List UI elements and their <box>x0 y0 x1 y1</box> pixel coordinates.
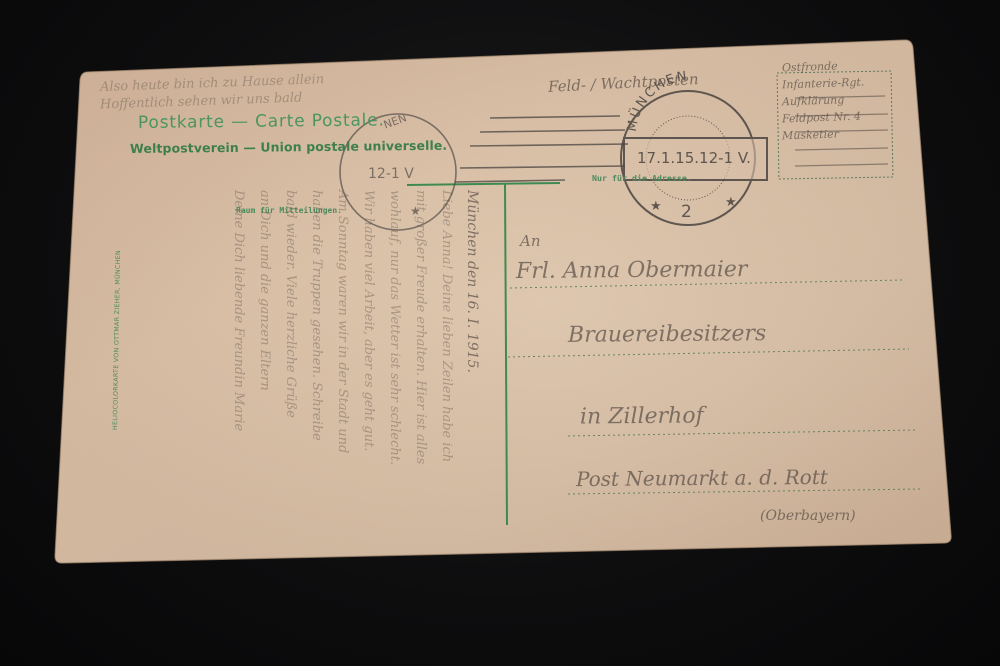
address-line-4: Post Neumarkt a. d. Rott <box>576 465 828 491</box>
svg-text:★: ★ <box>650 199 662 214</box>
card-title: Postkarte — Carte Postale. <box>138 110 385 133</box>
address-prefix: An <box>520 232 541 250</box>
address-area-label: Nur für die Adresse. <box>592 173 692 183</box>
message-line: Wir haben viel Arbeit, aber es geht gut. <box>361 190 376 451</box>
svg-text:2: 2 <box>681 202 692 222</box>
address-line-3: in Zillerhof <box>580 403 704 429</box>
address-line-2: Brauereibesitzers <box>568 321 766 348</box>
message-line: Liebe Anna! Deine lieben Zeilen habe ich <box>439 190 454 462</box>
address-line-1: Frl. Anna Obermaier <box>516 257 748 284</box>
message-line: mit großer Freude erhalten. Hier ist all… <box>413 190 428 464</box>
message-line: haben die Truppen gesehen. Schreibe <box>309 190 324 441</box>
svg-text:17.1.15.12-1 V.: 17.1.15.12-1 V. <box>637 149 751 167</box>
svg-text:★: ★ <box>725 195 737 210</box>
message-line: wohlauf, nur das Wetter ist sehr schlech… <box>387 190 402 465</box>
message-line: Am Sonntag waren wir in der Stadt und <box>335 190 350 453</box>
message-line: Deine Dich liebende Freundin Marie <box>231 190 246 431</box>
postcard: 17.1.15.12-1 V. 2 ★ ★ MÜNCHEN 12-1 V NEN… <box>0 0 1000 666</box>
message-line: bald wieder. Viele herzliche Grüße <box>283 190 298 418</box>
address-line-5: (Oberbayern) <box>760 508 856 524</box>
stamp-area-notes: Ostfronde Infanterie-Rgt. Aufklärung Fel… <box>782 58 864 143</box>
message-body: München den 16. I. 1915. Liebe Anna! Dei… <box>60 190 480 570</box>
message-date: München den 16. I. 1915. <box>464 190 480 373</box>
svg-text:12-1 V: 12-1 V <box>368 166 414 182</box>
message-line: an Dich und die ganzen Eltern <box>257 190 272 391</box>
